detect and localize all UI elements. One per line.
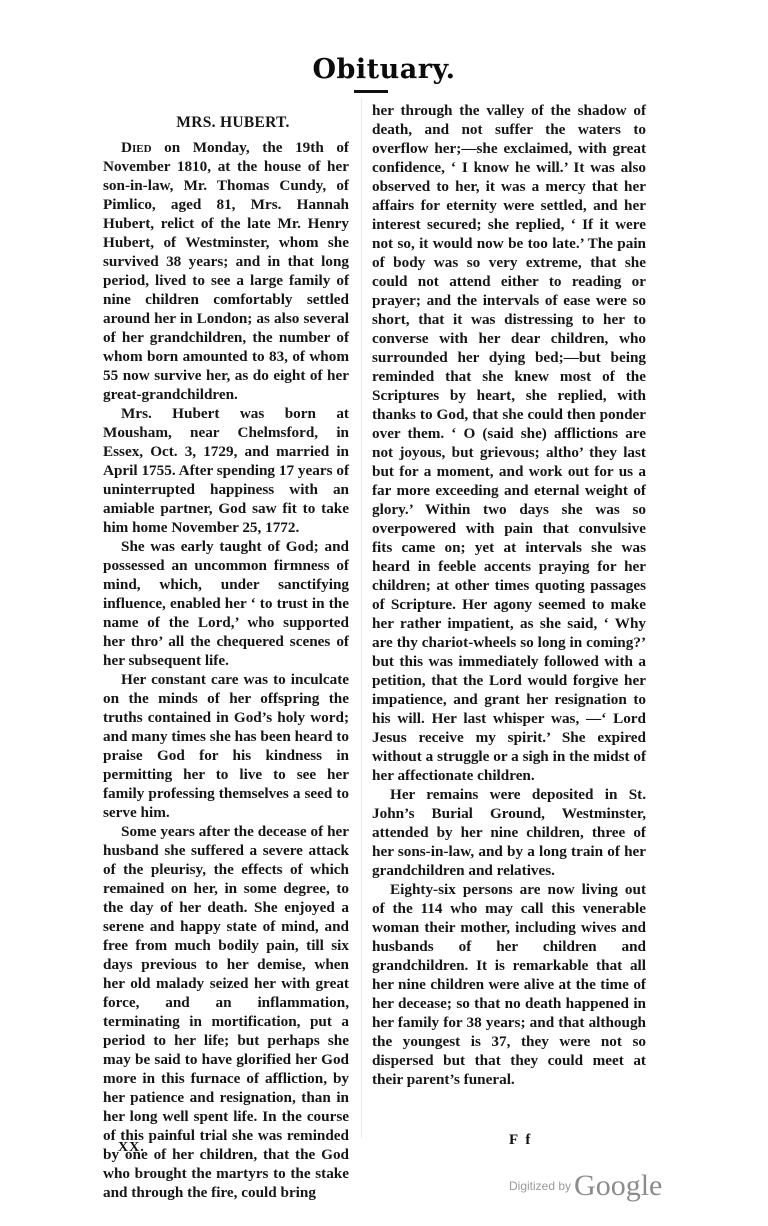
gathering-signature: F f xyxy=(509,1132,532,1149)
paragraph: Her remains were deposited in St. John’s… xyxy=(372,785,646,880)
left-column: MRS. HUBERT. Died on Monday, the 19th of… xyxy=(103,108,349,1202)
paragraph: Died on Monday, the 19th of November 181… xyxy=(103,138,349,404)
page-title: Obituary. xyxy=(0,54,768,85)
digitized-watermark: Digitized byGoogle xyxy=(509,1169,662,1203)
paragraph-text: on Monday, the 19th of November 1810, at… xyxy=(103,139,349,403)
paragraph: Eighty-six persons are now living out of… xyxy=(372,880,646,1089)
google-logo: Google xyxy=(574,1169,662,1202)
volume-signature: XX. xyxy=(118,1140,145,1156)
column-divider xyxy=(361,98,362,1138)
paragraph: Her constant care was to inculcate on th… xyxy=(103,670,349,822)
lead-word: Died xyxy=(121,139,152,156)
paragraph-continued: her through the valley of the shadow of … xyxy=(372,101,646,785)
paragraph: She was early taught of God; and possess… xyxy=(103,537,349,670)
article-heading: MRS. HUBERT. xyxy=(117,113,349,132)
right-column: her through the valley of the shadow of … xyxy=(372,101,646,1089)
paragraph: Mrs. Hubert was born at Mousham, near Ch… xyxy=(103,404,349,537)
title-rule xyxy=(354,90,388,93)
digitized-prefix: Digitized by xyxy=(509,1179,571,1193)
